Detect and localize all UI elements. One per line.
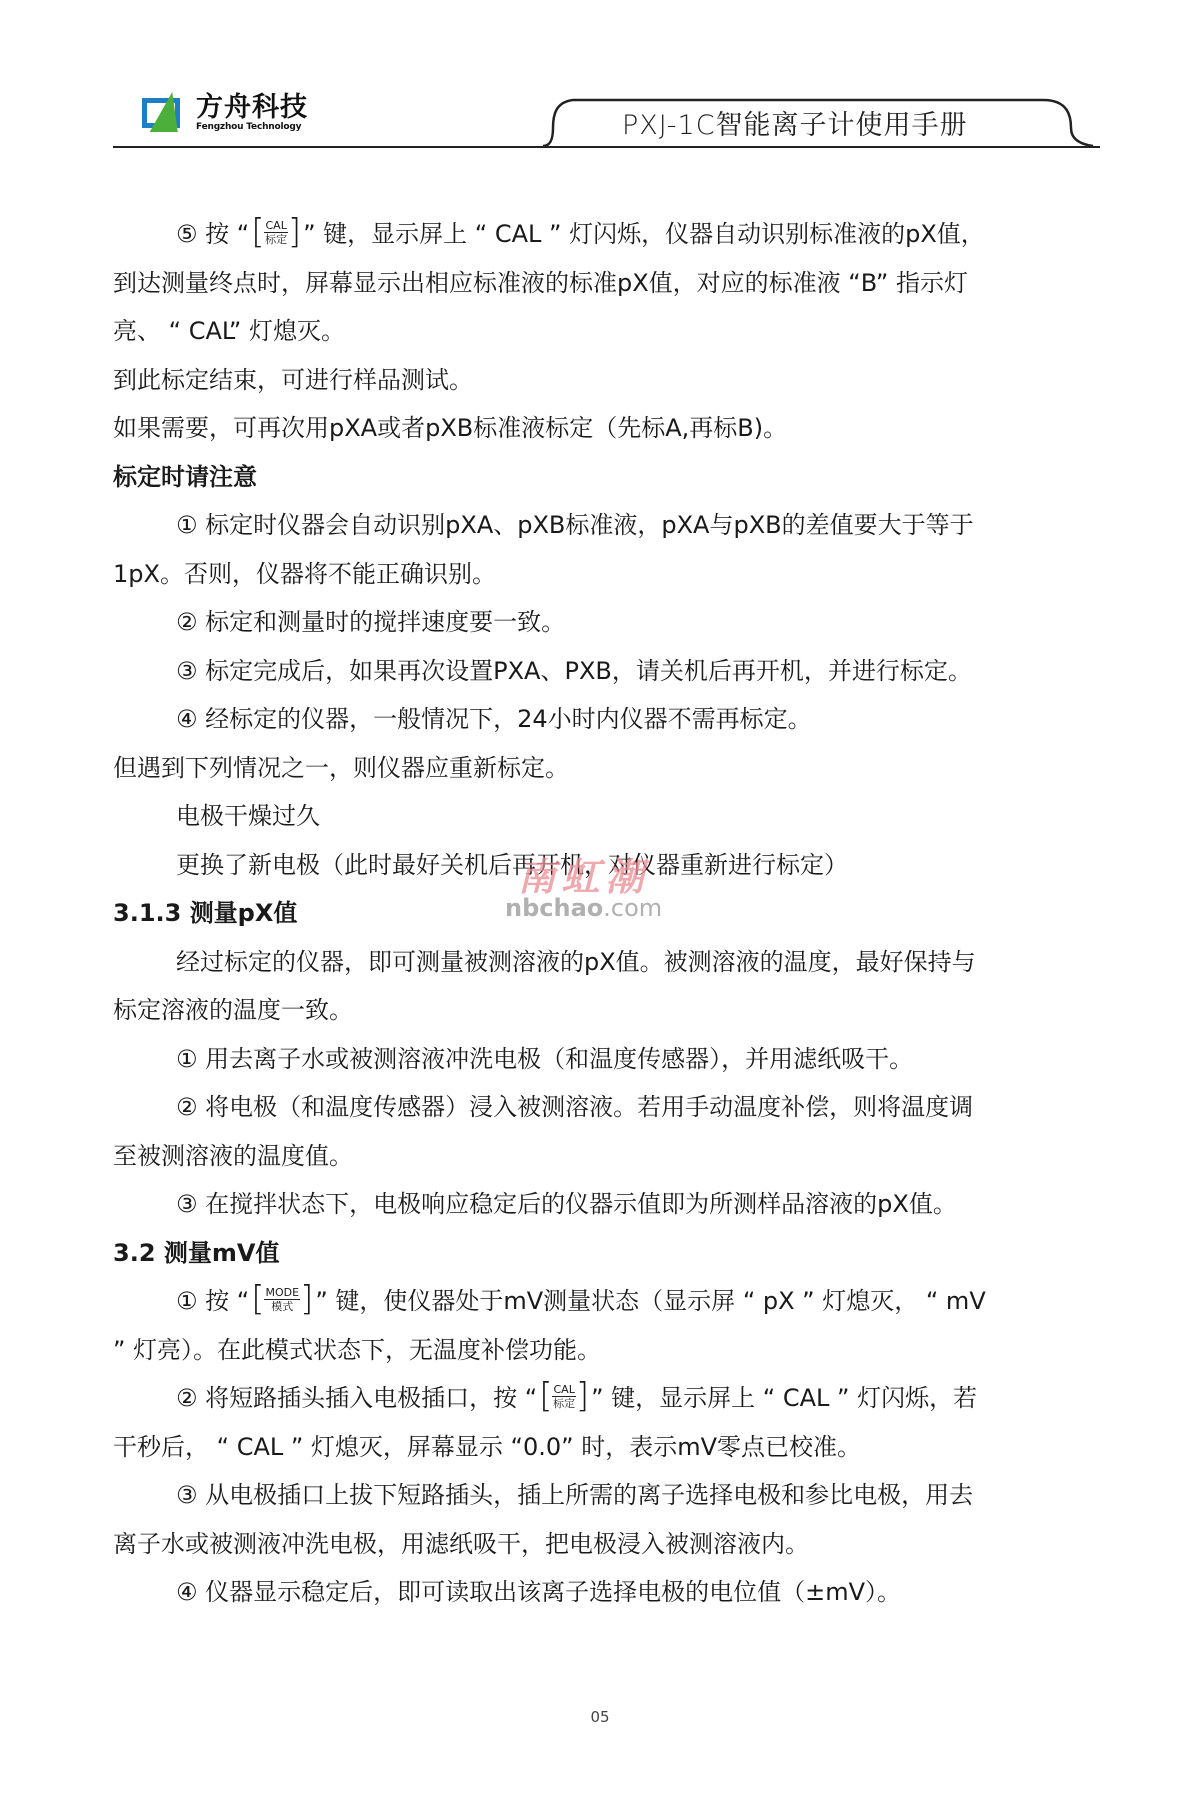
paragraph: 至被测溶液的温度值。 [113,1132,1113,1181]
paragraph: 1pX。否则，仪器将不能正确识别。 [113,550,1113,599]
list-item: 更换了新电极（此时最好关机后再开机，对仪器重新进行标定） [113,841,1113,890]
list-item: ③ 在搅拌状态下，电极响应稳定后的仪器示值即为所测样品溶液的pX值。 [113,1180,1113,1229]
page-body: ⑤ 按 “[CAL标定]” 键，显示屏上 “ CAL ” 灯闪烁，仪器自动识别标… [113,210,1113,1617]
list-item: ② 将短路插头插入电极插口，按 “[CAL标定]” 键，显示屏上 “ CAL ”… [113,1374,1113,1423]
notes-heading: 标定时请注意 [113,453,1113,502]
logo-name-cn: 方舟科技 [196,94,308,121]
paragraph: 如果需要，可再次用pXA或者pXB标准液标定（先标A,再标B)。 [113,404,1113,453]
section-heading-3-1-3: 3.1.3 测量pX值 [113,889,1113,938]
logo-name-en: Fengzhou Technology [196,123,308,132]
list-item: ④ 仪器显示稳定后，即可读取出该离子选择电极的电位值（±mV）。 [113,1568,1113,1617]
paragraph: 干秒后， “ CAL ” 灯熄灭，屏幕显示 “0.0” 时，表示mV零点已校准。 [113,1423,1113,1472]
paragraph: 到此标定结束，可进行样品测试。 [113,356,1113,405]
paragraph: 但遇到下列情况之一，则仪器应重新标定。 [113,744,1113,793]
list-item: ④ 经标定的仪器，一般情况下，24小时内仪器不需再标定。 [113,695,1113,744]
mode-key-icon: [MODE模式] [251,1282,313,1316]
cal-key-icon: [CAL标定] [251,215,301,249]
list-item: ③ 标定完成后，如果再次设置PXA、PXB，请关机后再开机，并进行标定。 [113,647,1113,696]
manual-title: PXJ-1C智能离子计使用手册 [622,103,968,142]
paragraph: ⑤ 按 “[CAL标定]” 键，显示屏上 “ CAL ” 灯闪烁，仪器自动识别标… [113,210,1113,259]
paragraph: 标定溶液的温度一致。 [113,986,1113,1035]
paragraph: 经过标定的仪器，即可测量被测溶液的pX值。被测溶液的温度，最好保持与 [113,938,1113,987]
page-header: 方舟科技 Fengzhou Technology PXJ-1C智能离子计使用手册 [0,0,1200,160]
list-item: ① 标定时仪器会自动识别pXA、pXB标准液，pXA与pXB的差值要大于等于 [113,501,1113,550]
section-heading-3-2: 3.2 测量mV值 [113,1229,1113,1278]
paragraph: 亮、 “ CAL” 灯熄灭。 [113,307,1113,356]
list-item: ① 用去离子水或被测溶液冲洗电极（和温度传感器），并用滤纸吸干。 [113,1035,1113,1084]
page-number: 05 [0,1708,1200,1726]
logo-sail-icon [142,92,190,134]
list-item: 电极干燥过久 [113,792,1113,841]
list-item: ② 标定和测量时的搅拌速度要一致。 [113,598,1113,647]
cal-key-icon: [CAL标定] [539,1379,589,1413]
header-divider [113,146,1100,148]
list-item: ① 按 “[MODE模式]” 键，使仪器处于mV测量状态（显示屏 “ pX ” … [113,1277,1113,1326]
paragraph: 到达测量终点时，屏幕显示出相应标准液的标准pX值，对应的标准液 “B” 指示灯 [113,259,1113,308]
list-item: ② 将电极（和温度传感器）浸入被测溶液。若用手动温度补偿，则将温度调 [113,1083,1113,1132]
list-item: ③ 从电极插口上拔下短路插头，插上所需的离子选择电极和参比电极，用去 [113,1471,1113,1520]
paragraph: 离子水或被测液冲洗电极，用滤纸吸干，把电极浸入被测溶液内。 [113,1520,1113,1569]
company-logo: 方舟科技 Fengzhou Technology [142,92,308,134]
paragraph: ” 灯亮）。在此模式状态下，无温度补偿功能。 [113,1326,1113,1375]
